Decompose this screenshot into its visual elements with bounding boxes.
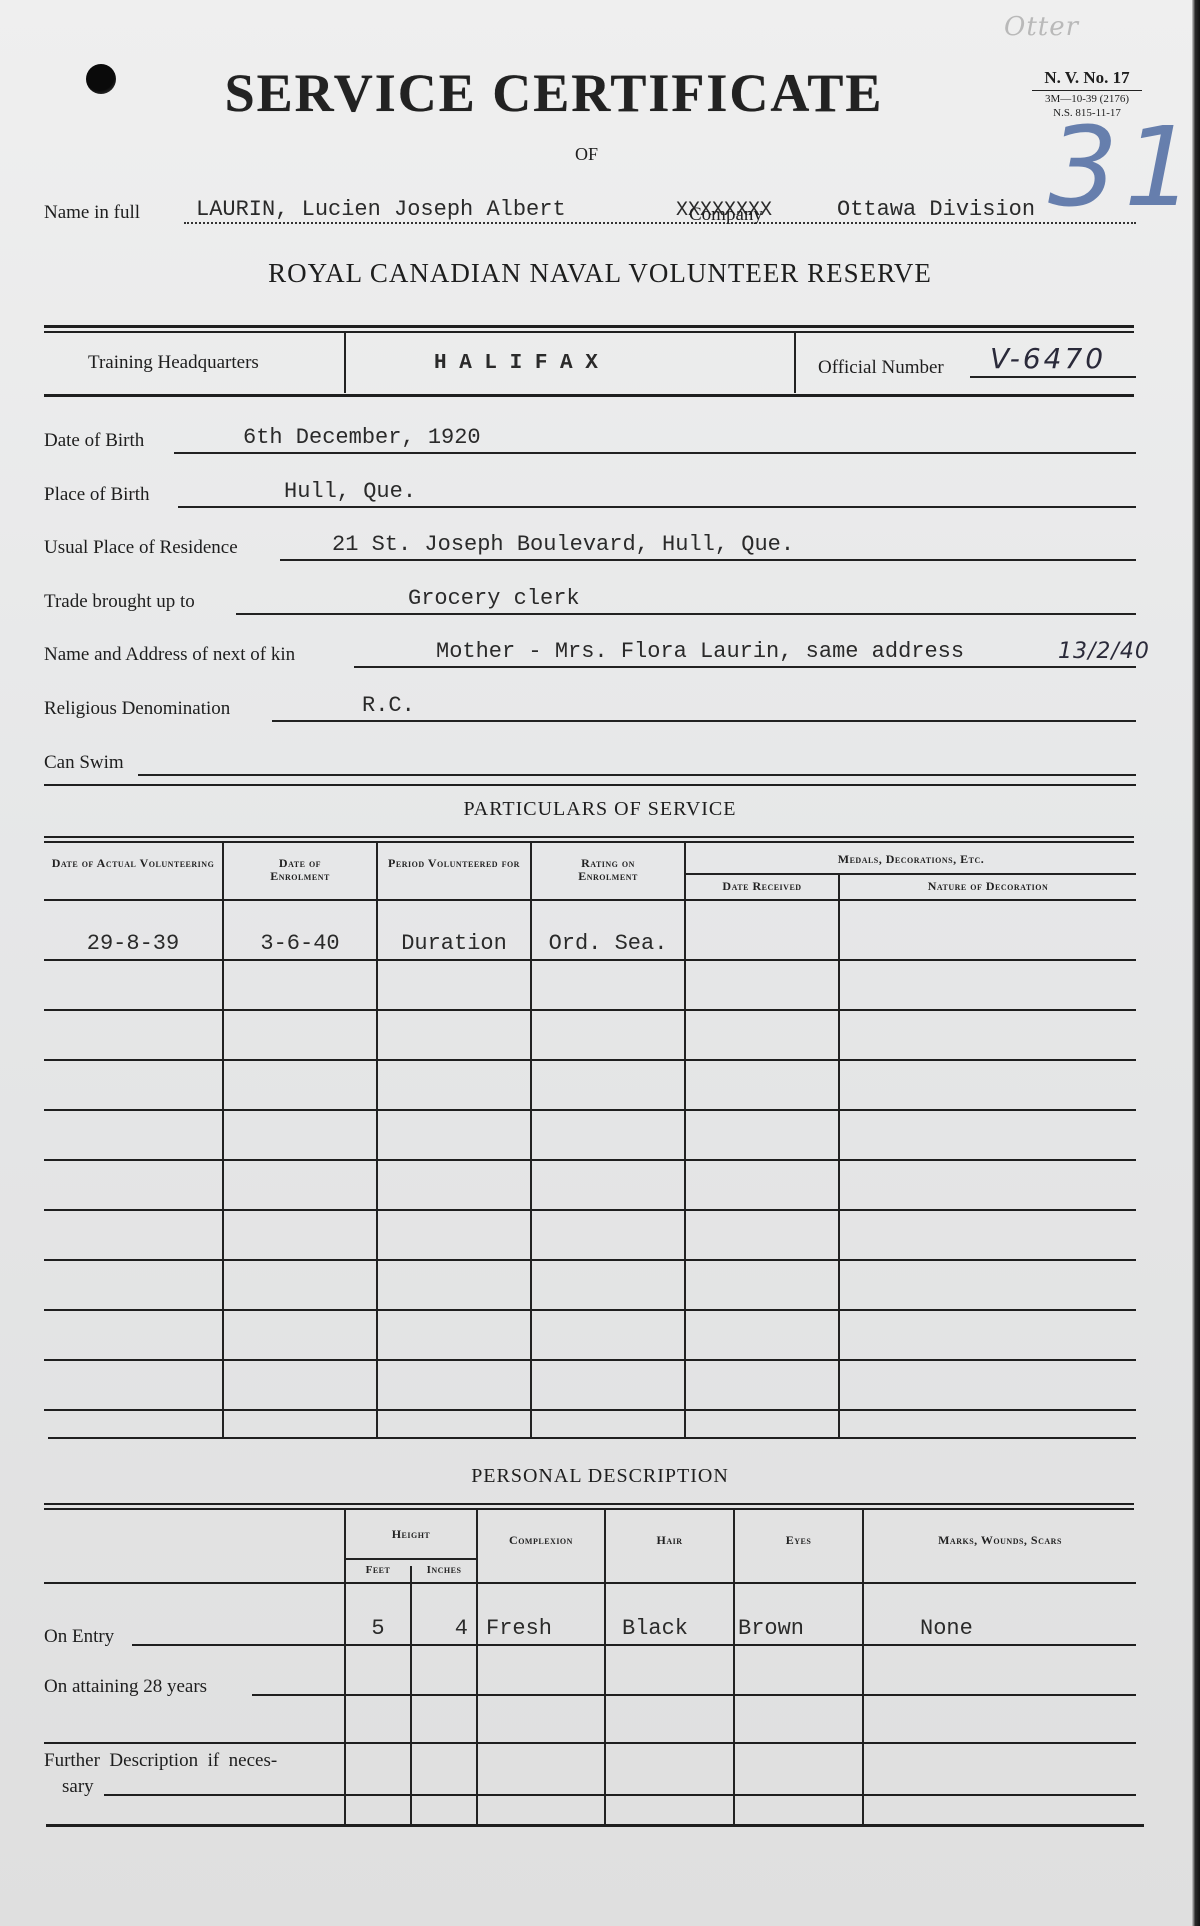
field-residence: Usual Place of Residence 21 St. Joseph B… <box>44 533 1136 561</box>
field-value: Grocery clerk <box>408 586 580 611</box>
field-label: Religious Denomination <box>44 698 230 720</box>
field-place-of-birth: Place of Birth Hull, Que. <box>44 480 1136 508</box>
name-in-full-label: Name in full <box>44 202 140 224</box>
header-complexion: Complexion <box>478 1534 604 1547</box>
cell-feet: 5 <box>346 1616 410 1641</box>
form-number: N. V. No. 17 <box>1032 68 1142 91</box>
hq-top-rule-2 <box>44 331 1134 333</box>
row-label-on-entry: On Entry <box>44 1626 114 1648</box>
cell-hair: Black <box>622 1616 688 1641</box>
field-line <box>174 452 1136 454</box>
hq-divider-1 <box>344 333 346 393</box>
company-label: Company <box>689 204 763 226</box>
row-line <box>346 1794 1136 1796</box>
of-label: OF <box>575 144 598 165</box>
official-number-label: Official Number <box>818 357 944 379</box>
row-line <box>132 1644 344 1646</box>
field-label: Place of Birth <box>44 484 150 506</box>
field-line <box>272 720 1136 722</box>
header-bottom-rule <box>44 1582 1136 1584</box>
row-line <box>44 959 1136 961</box>
service-bottom-rule <box>48 1437 1136 1439</box>
hq-divider-2 <box>794 333 796 393</box>
hq-top-rule <box>44 325 1134 328</box>
header-nature: Nature of Decoration <box>840 880 1136 893</box>
personal-top-rule <box>44 1503 1134 1505</box>
col-divider <box>838 873 840 1439</box>
row-label-28-years: On attaining 28 years <box>44 1676 207 1698</box>
field-line <box>280 559 1136 561</box>
row-line <box>44 1109 1136 1111</box>
cell-eyes: Brown <box>738 1616 804 1641</box>
header-height: Height <box>346 1528 476 1541</box>
cell-inches: 4 <box>412 1616 476 1641</box>
training-hq-label: Training Headquarters <box>88 352 259 374</box>
col-divider <box>862 1510 864 1824</box>
pencil-annotation: Otter <box>1004 12 1079 42</box>
division-value: Ottawa Division <box>837 197 1035 222</box>
official-number-value: V-6470 <box>990 342 1106 375</box>
row-line <box>44 1059 1136 1061</box>
cell-date-enrolment: 3-6-40 <box>224 931 376 956</box>
field-date-of-birth: Date of Birth 6th December, 1920 <box>44 426 1136 454</box>
field-label: Trade brought up to <box>44 591 195 613</box>
next-of-kin-date-annotation: 13/2/40 <box>1058 639 1150 664</box>
row-line <box>346 1644 1136 1646</box>
field-line <box>236 613 1136 615</box>
service-section-title: PARTICULARS OF SERVICE <box>0 798 1200 821</box>
col-divider <box>684 843 686 1439</box>
cell-complexion: Fresh <box>486 1616 552 1641</box>
can-swim-underline <box>44 784 1136 786</box>
row-line <box>346 1694 1136 1696</box>
field-next-of-kin: Name and Address of next of kin Mother -… <box>44 640 1136 668</box>
header-feet: Feet <box>346 1564 410 1577</box>
header-date-enrolment: Date of Enrolment <box>224 857 376 883</box>
header-hair: Hair <box>606 1534 733 1547</box>
personal-section-title: PERSONAL DESCRIPTION <box>0 1465 1200 1488</box>
organization-heading: ROYAL CANADIAN NAVAL VOLUNTEER RESERVE <box>0 258 1200 289</box>
row-line <box>44 1409 1136 1411</box>
row-line <box>44 1209 1136 1211</box>
field-line <box>178 506 1136 508</box>
height-subrule <box>346 1558 476 1560</box>
header-eyes: Eyes <box>735 1534 862 1547</box>
field-trade: Trade brought up to Grocery clerk <box>44 587 1136 615</box>
row-label-further-description-line1: Further Description if neces- <box>44 1750 277 1772</box>
personal-bottom-rule <box>46 1824 1144 1827</box>
cell-period: Duration <box>378 931 530 956</box>
field-religion: Religious Denomination R.C. <box>44 694 1136 722</box>
training-hq-value: H A L I F A X <box>434 352 598 375</box>
field-line <box>354 666 1136 668</box>
field-value: 21 St. Joseph Boulevard, Hull, Que. <box>332 532 794 557</box>
cell-date-volunteering: 29-8-39 <box>44 931 222 956</box>
field-value: 6th December, 1920 <box>243 425 481 450</box>
field-label: Can Swim <box>44 752 124 774</box>
row-line <box>44 1009 1136 1011</box>
official-number-line <box>970 376 1136 378</box>
field-can-swim: Can Swim <box>44 748 1136 776</box>
field-line <box>138 774 1136 776</box>
header-inches: Inches <box>412 1564 476 1577</box>
row-line <box>252 1694 344 1696</box>
field-value: Mother - Mrs. Flora Laurin, same address <box>436 639 964 664</box>
row-line <box>44 1359 1136 1361</box>
header-date-received: Date Received <box>686 880 838 893</box>
col-divider <box>476 1510 478 1824</box>
document-title: SERVICE CERTIFICATE <box>0 62 1200 124</box>
header-medals: Medals, Decorations, Etc. <box>686 853 1136 866</box>
field-value: Hull, Que. <box>284 479 416 504</box>
field-label: Date of Birth <box>44 430 144 452</box>
hq-bottom-rule <box>44 394 1134 397</box>
row-line <box>104 1794 344 1796</box>
field-value: R.C. <box>362 693 415 718</box>
cell-rating: Ord. Sea. <box>532 931 684 956</box>
col-divider <box>604 1510 606 1824</box>
row-line <box>44 1309 1136 1311</box>
header-date-volunteering: Date of Actual Volunteering <box>44 857 222 870</box>
header-bottom-rule <box>44 899 1136 901</box>
row-label-further-description-line2: sary <box>62 1776 94 1798</box>
medals-subrule <box>686 873 1136 875</box>
field-label: Name and Address of next of kin <box>44 644 295 666</box>
header-marks: Marks, Wounds, Scars <box>864 1534 1136 1547</box>
service-top-rule <box>44 836 1134 838</box>
header-period: Period Volunteered for <box>378 857 530 870</box>
document-title-text: SERVICE CERTIFICATE <box>225 62 884 124</box>
cell-marks: None <box>920 1616 973 1641</box>
header-rating: Rating on Enrolment <box>532 857 684 883</box>
name-value: LAURIN, Lucien Joseph Albert <box>196 197 566 222</box>
personal-table: Height Feet Inches Complexion Hair Eyes … <box>44 1510 1136 1824</box>
row-line <box>44 1742 1136 1744</box>
col-divider <box>733 1510 735 1824</box>
name-in-full-row: Name in full LAURIN, Lucien Joseph Alber… <box>44 196 1136 226</box>
row-line <box>44 1159 1136 1161</box>
name-dotted-line <box>184 222 1136 224</box>
field-label: Usual Place of Residence <box>44 537 238 559</box>
service-table: Date of Actual Volunteering Date of Enro… <box>44 843 1136 1439</box>
row-line <box>44 1259 1136 1261</box>
